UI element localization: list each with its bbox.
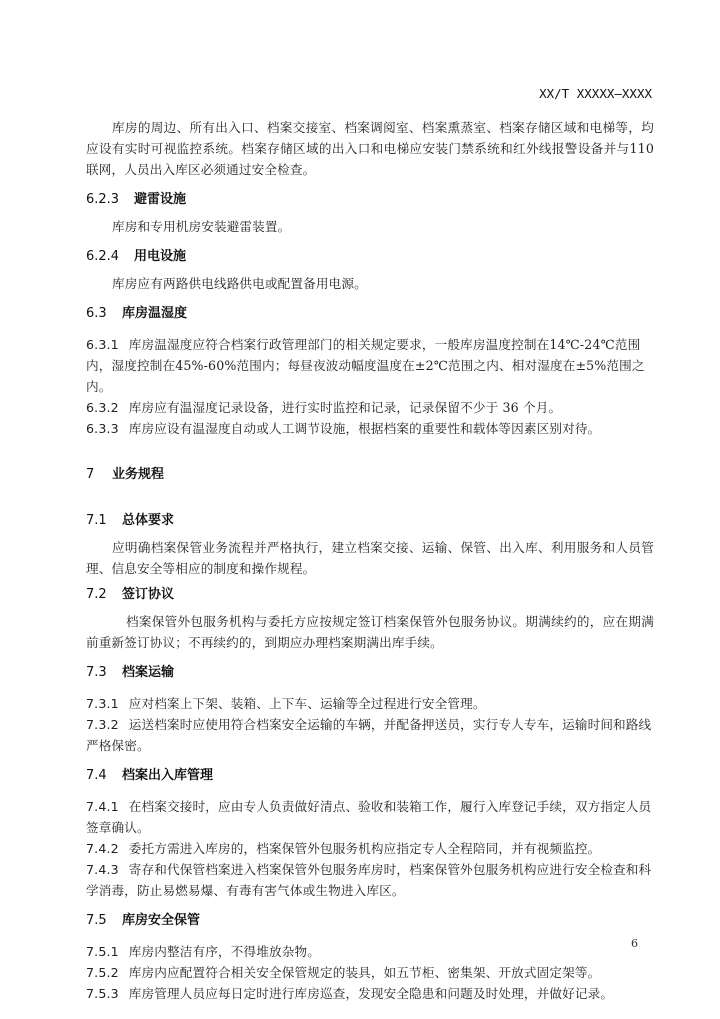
paragraph-6-2-3: 库房和专用机房安装避雷装置。 — [86, 216, 654, 237]
clause-number: 7.5.1 — [86, 941, 119, 962]
clause-7-5-3: 7.5.3库房管理人员应每日定时进行库房巡查，发现安全隐患和问题及时处理，并做好… — [86, 983, 654, 1004]
section-number: 6.2.4 — [86, 247, 124, 267]
page-number: 6 — [631, 937, 638, 950]
clause-text: 库房应有温湿度记录设备，进行实时监控和记录，记录保留不少于 36 个月。 — [129, 400, 561, 415]
section-title: 档案出入库管理 — [122, 768, 213, 783]
clause-number: 7.3.1 — [86, 693, 119, 714]
heading-6-2-3: 6.2.3避雷设施 — [86, 190, 654, 210]
clause-text: 在档案交接时，应由专人负责做好清点、验收和装箱工作，履行入库登记手续，双方指定人… — [86, 799, 651, 835]
section-number: 7.4 — [86, 766, 114, 786]
heading-6-3: 6.3库房温湿度 — [86, 304, 654, 324]
section-title: 用电设施 — [134, 249, 186, 264]
section-title: 库房安全保管 — [122, 913, 200, 928]
clause-number: 7.4.3 — [86, 859, 119, 880]
clause-6-3-3: 6.3.3库房应设有温湿度自动或人工调节设施，根据档案的重要性和载体等因素区别对… — [86, 418, 654, 439]
clause-number: 7.4.1 — [86, 796, 119, 817]
clause-text: 寄存和代保管档案进入档案保管外包服务库房时，档案保管外包服务机构应进行安全检查和… — [86, 862, 651, 898]
heading-7: 7业务规程 — [86, 465, 654, 485]
section-number: 7.1 — [86, 511, 114, 531]
clause-7-4-1: 7.4.1在档案交接时，应由专人负责做好清点、验收和装箱工作，履行入库登记手续，… — [86, 796, 654, 838]
clause-7-4-2: 7.4.2委托方需进入库房的，档案保管外包服务机构应指定专人全程陪同，并有视频监… — [86, 838, 654, 859]
clause-number: 7.3.2 — [86, 714, 119, 735]
section-number: 6.2.3 — [86, 190, 124, 210]
paragraph-7-1: 应明确档案保管业务流程并严格执行，建立档案交接、运输、保管、出入库、利用服务和人… — [86, 537, 654, 579]
clause-text: 应对档案上下架、装箱、上下车、运输等全过程进行安全管理。 — [129, 696, 486, 711]
paragraph-6-2-4: 库房应有两路供电线路供电或配置备用电源。 — [86, 273, 654, 294]
heading-7-4: 7.4档案出入库管理 — [86, 766, 654, 786]
document-code: XX/T XXXXX—XXXX — [539, 86, 652, 101]
clause-number: 6.3.2 — [86, 397, 119, 418]
chapter-title: 业务规程 — [112, 467, 164, 482]
clause-text: 库房温湿度应符合档案行政管理部门的相关规定要求，一般库房温度控制在14℃-24℃… — [86, 337, 645, 394]
section-number: 7.5 — [86, 911, 114, 931]
section-title: 总体要求 — [122, 513, 174, 528]
section-title: 库房温湿度 — [122, 306, 187, 321]
clause-number: 7.4.2 — [86, 838, 119, 859]
clause-number: 7.5.3 — [86, 983, 119, 1004]
clause-7-4-3: 7.4.3寄存和代保管档案进入档案保管外包服务库房时，档案保管外包服务机构应进行… — [86, 859, 654, 901]
clause-6-3-2: 6.3.2库房应有温湿度记录设备，进行实时监控和记录，记录保留不少于 36 个月… — [86, 397, 654, 418]
clause-7-3-2: 7.3.2运送档案时应使用符合档案安全运输的车辆，并配备押送员，实行专人专车，运… — [86, 714, 654, 756]
clause-7-3-1: 7.3.1应对档案上下架、装箱、上下车、运输等全过程进行安全管理。 — [86, 693, 654, 714]
clause-7-5-2: 7.5.2库房内应配置符合相关安全保管规定的装具，如五节柜、密集架、开放式固定架… — [86, 962, 654, 983]
heading-7-3: 7.3档案运输 — [86, 663, 654, 683]
clause-text: 库房内整洁有序，不得堆放杂物。 — [129, 944, 320, 959]
clause-text: 委托方需进入库房的，档案保管外包服务机构应指定专人全程陪同，并有视频监控。 — [129, 841, 601, 856]
heading-7-5: 7.5库房安全保管 — [86, 911, 654, 931]
section-number: 6.3 — [86, 304, 114, 324]
clause-text: 库房管理人员应每日定时进行库房巡查，发现安全隐患和问题及时处理，并做好记录。 — [129, 986, 613, 1001]
heading-7-1: 7.1总体要求 — [86, 511, 654, 531]
clause-number: 7.5.2 — [86, 962, 119, 983]
heading-6-2-4: 6.2.4用电设施 — [86, 247, 654, 267]
document-page: XX/T XXXXX—XXXX 库房的周边、所有出入口、档案交接室、档案调阅室、… — [0, 0, 720, 1019]
section-title: 签订协议 — [122, 587, 174, 602]
section-title: 档案运输 — [122, 665, 174, 680]
clause-text: 库房内应配置符合相关安全保管规定的装具，如五节柜、密集架、开放式固定架等。 — [129, 965, 601, 980]
section-number: 7.2 — [86, 585, 114, 605]
clause-text: 运送档案时应使用符合档案安全运输的车辆，并配备押送员，实行专人专车，运输时间和路… — [86, 717, 651, 753]
paragraph-7-2: 档案保管外包服务机构与委托方应按规定签订档案保管外包服务协议。期满续约的，应在期… — [86, 611, 654, 653]
clause-6-3-1: 6.3.1库房温湿度应符合档案行政管理部门的相关规定要求，一般库房温度控制在14… — [86, 334, 654, 397]
intro-paragraph: 库房的周边、所有出入口、档案交接室、档案调阅室、档案熏蒸室、档案存储区域和电梯等… — [86, 117, 654, 180]
chapter-number: 7 — [86, 465, 100, 485]
document-body: 库房的周边、所有出入口、档案交接室、档案调阅室、档案熏蒸室、档案存储区域和电梯等… — [86, 117, 654, 1004]
clause-7-5-1: 7.5.1库房内整洁有序，不得堆放杂物。 — [86, 941, 654, 962]
section-title: 避雷设施 — [134, 192, 186, 207]
clause-number: 6.3.1 — [86, 334, 119, 355]
heading-7-2: 7.2签订协议 — [86, 585, 654, 605]
clause-number: 6.3.3 — [86, 418, 119, 439]
clause-text: 库房应设有温湿度自动或人工调节设施，根据档案的重要性和载体等因素区别对待。 — [129, 421, 601, 436]
section-number: 7.3 — [86, 663, 114, 683]
